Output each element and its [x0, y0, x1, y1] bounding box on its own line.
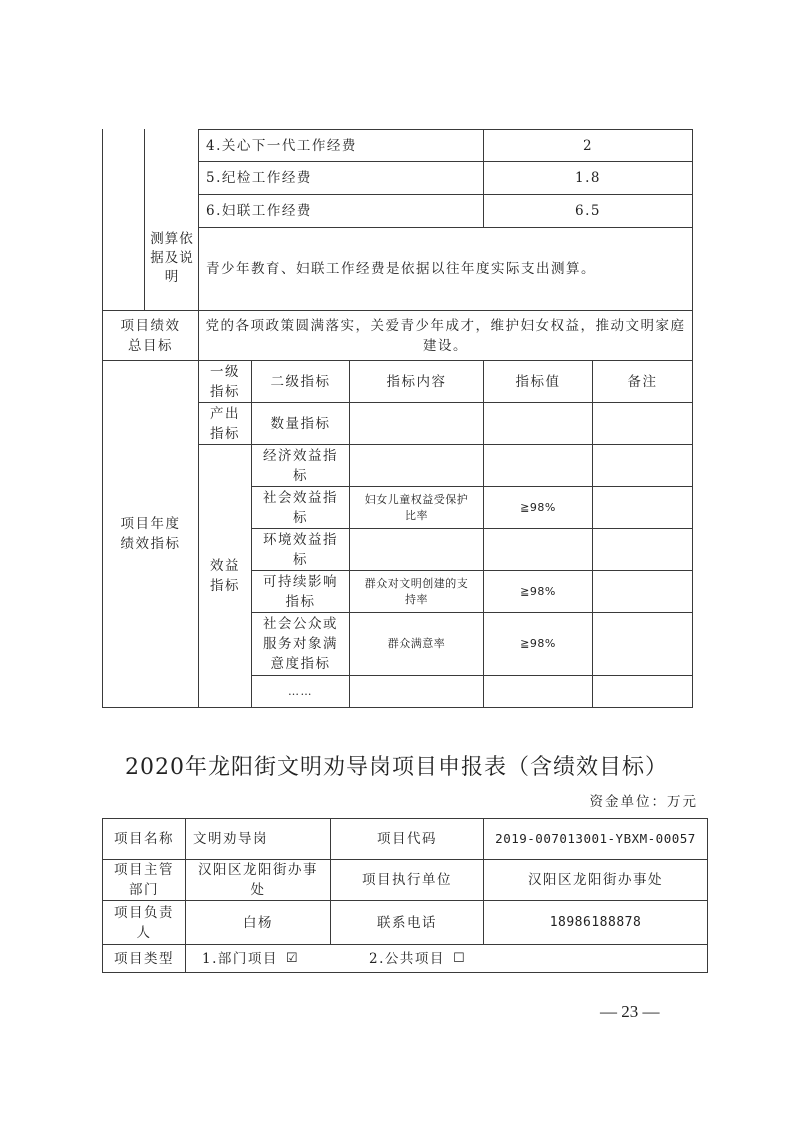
- project-code-label: 项目代码: [330, 818, 484, 860]
- type-option-label: 1.部门项目: [202, 949, 278, 969]
- benefit-content: 妇女儿童权益受保护比率: [349, 486, 484, 529]
- header-value: 指标值: [483, 360, 593, 403]
- benefit-level2: 环境效益指标: [251, 528, 350, 571]
- output-value: [483, 402, 593, 445]
- owner-value: 白杨: [185, 900, 331, 945]
- benefit-level2: ……: [251, 675, 350, 708]
- table-border-left: [102, 129, 103, 310]
- basis-text: 青少年教育、妇联工作经费是依据以往年度实际支出测算。: [198, 227, 693, 311]
- benefit-value: [483, 675, 593, 708]
- output-level1: 产出指标: [198, 402, 252, 445]
- type-option-public[interactable]: 2.公共项目 ☐: [369, 949, 466, 969]
- owner-label: 项目负责人: [102, 900, 186, 945]
- benefit-value: ≧98%: [483, 612, 593, 676]
- benefit-level2: 社会效益指标: [251, 486, 350, 529]
- header-level2: 二级指标: [251, 360, 350, 403]
- benefit-content: [349, 444, 484, 487]
- type-option-label: 2.公共项目: [369, 949, 445, 969]
- checkbox-checked-icon[interactable]: ☑: [286, 949, 299, 969]
- benefit-note: [592, 486, 693, 529]
- benefit-level2: 可持续影响指标: [251, 570, 350, 613]
- project-name-value: 文明劝导岗: [185, 818, 331, 860]
- benefit-content: 群众满意率: [349, 612, 484, 676]
- output-level2: 数量指标: [251, 402, 350, 445]
- benefit-content: 群众对文明创建的支持率: [349, 570, 484, 613]
- annual-indicators-label: 项目年度绩效指标: [102, 360, 199, 708]
- benefit-content: [349, 675, 484, 708]
- phone-label: 联系电话: [330, 900, 484, 945]
- executor-value: 汉阳区龙阳街办事处: [483, 859, 708, 901]
- benefit-note: [592, 612, 693, 676]
- benefit-value: [483, 444, 593, 487]
- page-number: — 23 —: [600, 1002, 660, 1022]
- benefit-level2: 经济效益指标: [251, 444, 350, 487]
- budget-item: 5.纪检工作经费: [198, 161, 484, 195]
- benefit-level2: 社会公众或服务对象满意度指标: [251, 612, 350, 676]
- supervisor-value: 汉阳区龙阳街办事处: [185, 859, 331, 901]
- basis-label: 测算依据及说明: [150, 228, 194, 310]
- checkbox-unchecked-icon[interactable]: ☐: [453, 949, 466, 969]
- header-level1: 一级指标: [198, 360, 252, 403]
- budget-item: 4.关心下一代工作经费: [198, 129, 484, 162]
- supervisor-label: 项目主管部门: [102, 859, 186, 901]
- benefit-note: [592, 528, 693, 571]
- budget-amount: 1.8: [483, 161, 693, 195]
- output-note: [592, 402, 693, 445]
- output-content: [349, 402, 484, 445]
- benefit-content: [349, 528, 484, 571]
- budget-amount: 6.5: [483, 194, 693, 228]
- table-border-inner: [144, 129, 145, 310]
- benefit-value: ≧98%: [483, 570, 593, 613]
- benefit-value: ≧98%: [483, 486, 593, 529]
- benefit-level1: 效益指标: [198, 444, 252, 708]
- header-note: 备注: [592, 360, 693, 403]
- fund-unit: 资金单位：万元: [590, 790, 699, 810]
- overall-goal-label: 项目绩效总目标: [102, 310, 199, 361]
- budget-amount: 2: [483, 129, 693, 162]
- form-title: 2020年龙阳街文明劝导岗项目申报表（含绩效目标）: [0, 750, 793, 781]
- phone-value: 18986188878: [483, 900, 708, 945]
- budget-item: 6.妇联工作经费: [198, 194, 484, 228]
- benefit-value: [483, 528, 593, 571]
- project-name-label: 项目名称: [102, 818, 186, 860]
- type-options: 1.部门项目 ☑ 2.公共项目 ☐: [185, 944, 708, 973]
- header-content: 指标内容: [349, 360, 484, 403]
- benefit-note: [592, 675, 693, 708]
- benefit-note: [592, 570, 693, 613]
- overall-goal-text: 党的各项政策圆满落实，关爱青少年成才，维护妇女权益，推动文明家庭建设。: [198, 310, 693, 361]
- executor-label: 项目执行单位: [330, 859, 484, 901]
- type-option-department[interactable]: 1.部门项目 ☑: [202, 949, 299, 969]
- benefit-note: [592, 444, 693, 487]
- type-label: 项目类型: [102, 944, 186, 973]
- project-code-value: 2019-007013001-YBXM-00057: [483, 818, 708, 860]
